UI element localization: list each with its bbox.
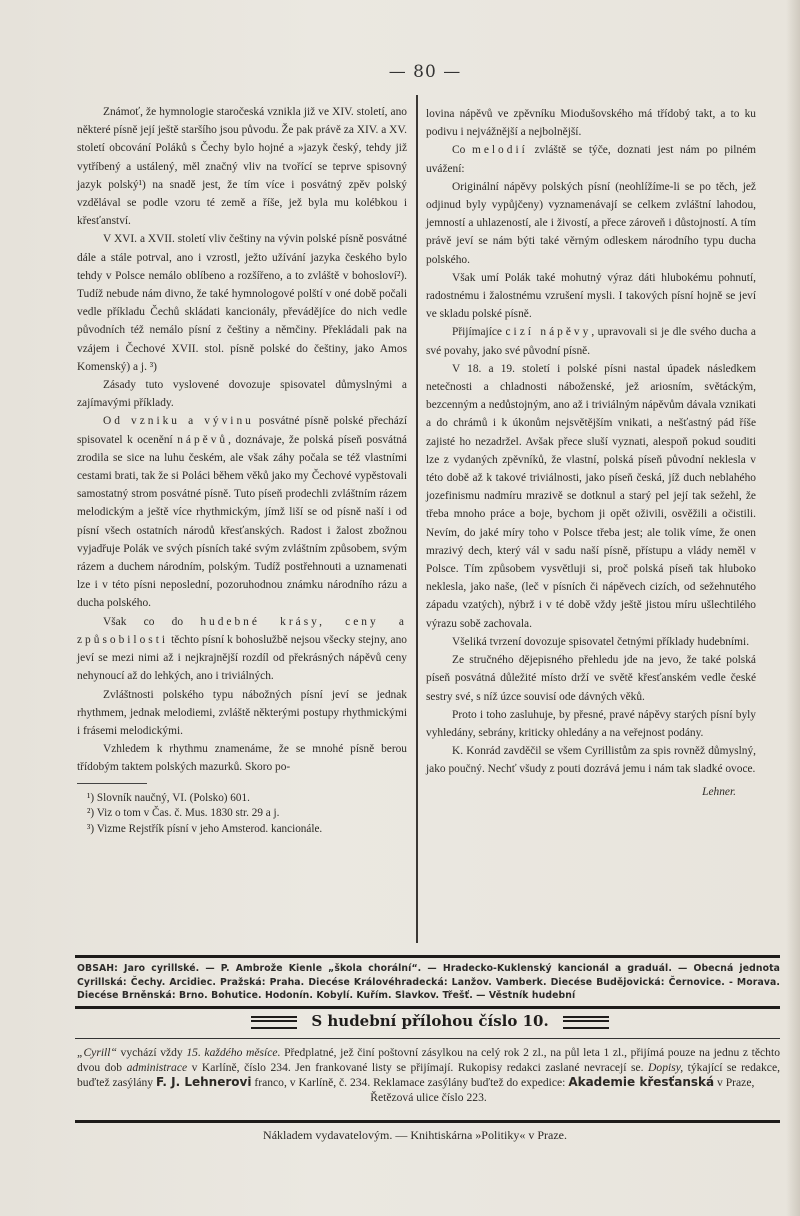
supplement-notice: S hudební přílohou číslo 10.: [0, 1012, 800, 1030]
ornament-bars: [563, 1016, 609, 1029]
paragraph: Zásady tuto vyslovené dovozuje spisovate…: [77, 376, 407, 412]
paragraph: Zvláštnosti polského typu nábožných písn…: [77, 686, 407, 741]
ornament-bars: [251, 1016, 297, 1029]
publication-imprint: „Cyrill“ vychází vždy 15. každého měsíce…: [77, 1045, 780, 1105]
paragraph: V 18. a 19. století i polské písni nasta…: [426, 360, 756, 633]
section-rule: [75, 955, 780, 958]
paragraph: Přijímajíce cizí nápěvy, upravovali si j…: [426, 323, 756, 359]
author-signature: Lehner.: [426, 783, 756, 801]
section-rule: [75, 1120, 780, 1123]
footnote-rule: [77, 783, 147, 784]
table-of-contents: OBSAH: Jaro cyrillské. — P. Ambrože Kien…: [77, 962, 780, 1003]
printer-line: Nákladem vydavatelovým. — Knihtiskárna »…: [0, 1128, 800, 1143]
page-number: — 80 —: [0, 62, 800, 82]
paragraph: Co melodií zvláště se týče, doznati jest…: [426, 141, 756, 177]
footnote: ²) Viz o tom v Čas. č. Mus. 1830 str. 29…: [77, 806, 407, 822]
paragraph: Vzhledem k rhythmu znamenáme, že se mnoh…: [77, 740, 407, 776]
paragraph: Proto i toho zasluhuje, by přesné, pravé…: [426, 706, 756, 742]
paragraph: Originální nápěvy polských písní (neohlí…: [426, 178, 756, 269]
expedition-name: Akademie křesťanská: [568, 1075, 714, 1089]
spaced-emphasis: cizí nápěvy: [505, 326, 591, 338]
footnote: ¹) Slovník naučný, VI. (Polsko) 601.: [77, 791, 407, 807]
editor-name: F. J. Lehnerovi: [156, 1075, 251, 1089]
paragraph: Známoť, že hymnologie staročeská vznikla…: [77, 103, 407, 230]
paragraph: Však co do hudebné krásy, ceny a způsobi…: [77, 613, 407, 686]
address-line: Řetězová ulice číslo 223.: [77, 1090, 780, 1105]
newspaper-page: — 80 — Známoť, že hymnologie staročeská …: [0, 0, 800, 1216]
section-rule: [75, 1038, 780, 1039]
footnote: ³) Vizme Rejstřík písní v jeho Amsterod.…: [77, 822, 407, 838]
paragraph: Ze stručného dějepisného přehledu jde na…: [426, 651, 756, 706]
paragraph: lovina nápěvů ve zpěvníku Miodušovského …: [426, 105, 756, 141]
paragraph: Všeliká tvrzení dovozuje spisovatel četn…: [426, 633, 756, 651]
footnotes: ¹) Slovník naučný, VI. (Polsko) 601. ²) …: [77, 791, 407, 838]
spaced-emphasis: nápěvů: [177, 434, 228, 446]
section-rule: [75, 1006, 780, 1009]
journal-title: „Cyrill“: [77, 1046, 117, 1059]
paragraph: V XVI. a XVII. století vliv češtiny na v…: [77, 230, 407, 376]
spaced-emphasis: melodií: [472, 144, 528, 156]
left-column: Známoť, že hymnologie staročeská vznikla…: [77, 103, 407, 837]
column-divider: [416, 95, 418, 943]
paragraph: Však umí Polák také mohutný výraz dáti h…: [426, 269, 756, 324]
spaced-emphasis: Od vzniku a vývinu: [103, 415, 254, 427]
right-column: lovina nápěvů ve zpěvníku Miodušovského …: [426, 105, 756, 801]
paragraph: Od vzniku a vývinu posvátné písně polské…: [77, 412, 407, 612]
paragraph: K. Konrád zavděčil se všem Cyrillistům z…: [426, 742, 756, 778]
